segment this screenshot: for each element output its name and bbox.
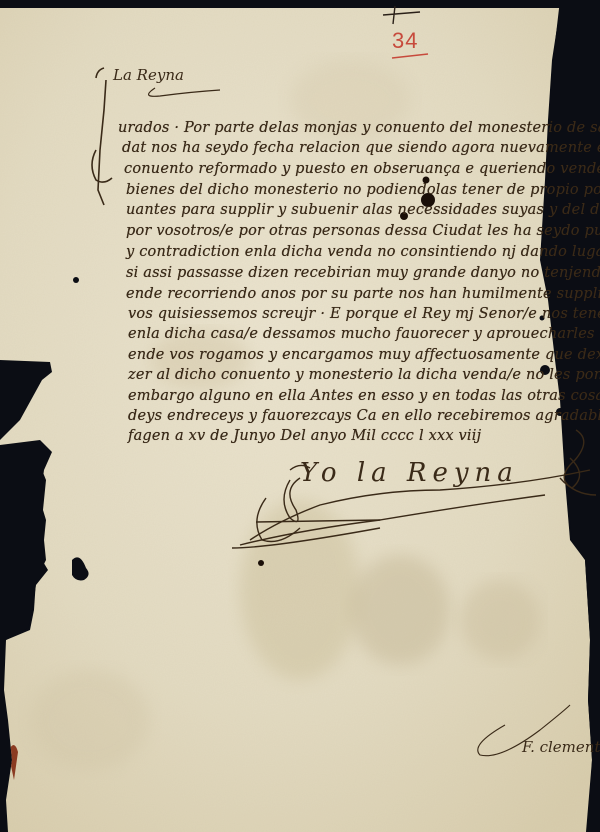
- body-line: deys endreceys y fauorezcays Ca en ello …: [128, 409, 600, 424]
- body-line: por vosotros/e por otras personas dessa …: [126, 224, 600, 239]
- document-viewer: 34 La Reyna urados · Por parte delas mon…: [0, 0, 600, 832]
- body-line: vos quisiessemos screujr · E porque el R…: [128, 307, 600, 322]
- body-line: uantes para supplir y subuenir alas nece…: [126, 203, 600, 218]
- body-line: ende vos rogamos y encargamos muy affect…: [128, 348, 600, 363]
- royal-signature: Yo la Reyna: [300, 458, 519, 488]
- body-line: bienes del dicho monesterio no podiendol…: [126, 183, 600, 198]
- body-line: dat nos ha seydo fecha relacion que sien…: [122, 141, 600, 156]
- body-line: y contradiction enla dicha venda no cons…: [126, 245, 600, 260]
- folio-number: 34: [392, 28, 418, 54]
- body-line: enla dicha casa/e dessamos mucho fauorec…: [128, 327, 600, 342]
- body-line: zer al dicho conuento y monesterio la di…: [128, 368, 600, 383]
- countersignature: F. clemente: [522, 738, 600, 756]
- letter-heading: La Reyna: [113, 66, 184, 84]
- body-line: embargo alguno en ella Antes en esso y e…: [128, 389, 600, 404]
- body-line: fagen a xv de Junyo Del anyo Mil cccc l …: [128, 429, 481, 444]
- body-line: urados · Por parte delas monjas y conuen…: [118, 121, 600, 136]
- body-line: ende recorriendo anos por su parte nos h…: [126, 287, 600, 302]
- body-line: conuento reformado y puesto en obseruanç…: [124, 162, 600, 177]
- body-line: si assi passasse dizen recebirian muy gr…: [126, 266, 600, 281]
